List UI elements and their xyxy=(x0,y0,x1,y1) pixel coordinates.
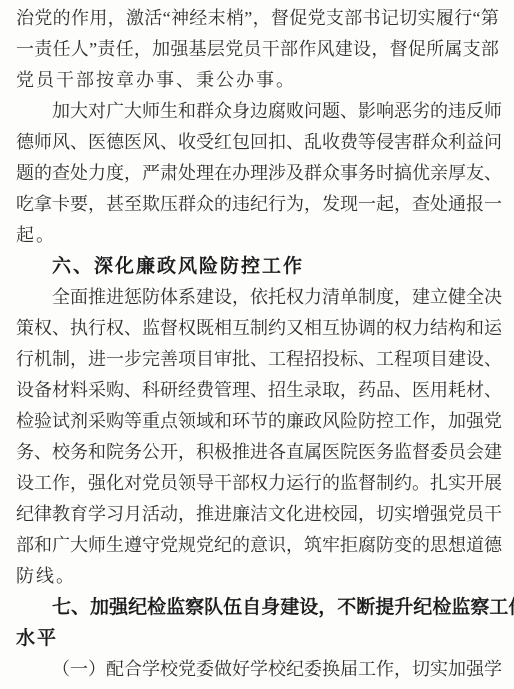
char: 监 xyxy=(166,592,185,623)
char: 报 xyxy=(466,189,484,220)
char: 标 xyxy=(340,344,358,375)
char: 洁 xyxy=(250,499,268,530)
char: 务 xyxy=(124,437,142,468)
char: 相 xyxy=(214,313,232,344)
char: 程 xyxy=(286,344,304,375)
char: 通 xyxy=(448,189,466,220)
char: 约 xyxy=(394,468,412,499)
char: 规 xyxy=(178,530,196,561)
char: 展 xyxy=(484,468,502,499)
char: 项 xyxy=(412,344,430,375)
char: 败 xyxy=(286,96,304,127)
char: 利 xyxy=(448,127,466,158)
char: 务 xyxy=(358,158,376,189)
char: 医 xyxy=(124,127,142,158)
body-line: 设工作，强化对党员领导干部权力运行的监督制约。扎实开展 xyxy=(16,468,499,499)
char: 压 xyxy=(160,189,178,220)
char: 作 xyxy=(71,3,89,34)
char: 力 xyxy=(268,468,286,499)
char: 做 xyxy=(214,654,232,685)
char: 众 xyxy=(430,127,448,158)
char: 身 xyxy=(261,592,280,623)
char: 导 xyxy=(196,468,214,499)
char: 至 xyxy=(124,189,142,220)
char: 试 xyxy=(52,406,70,437)
char: 加 xyxy=(448,654,466,685)
char: 结 xyxy=(430,313,448,344)
char: 检 xyxy=(147,592,166,623)
char: 起 xyxy=(376,189,394,220)
char: 党 xyxy=(308,3,326,34)
char: 验 xyxy=(34,406,52,437)
char: 搞 xyxy=(394,158,412,189)
body-line: 防线。 xyxy=(16,561,499,592)
char: 材 xyxy=(466,375,484,406)
char: 包 xyxy=(232,127,250,158)
char: 防 xyxy=(142,282,160,313)
char: 扎 xyxy=(430,468,448,499)
char: 纪 xyxy=(16,499,34,530)
char: 党 xyxy=(196,530,214,561)
char: 劣 xyxy=(412,96,430,127)
char: 害 xyxy=(394,127,412,158)
char: 剂 xyxy=(70,406,88,437)
char: 理 xyxy=(250,158,268,189)
char: 依 xyxy=(250,282,268,313)
char: 督 xyxy=(412,437,430,468)
char: 月 xyxy=(124,499,142,530)
char: 收 xyxy=(178,127,196,158)
char: 化 xyxy=(286,499,304,530)
char: 律 xyxy=(34,499,52,530)
char: 优 xyxy=(412,158,430,189)
char: 督 xyxy=(358,468,376,499)
char: 肃 xyxy=(160,158,178,189)
char: 恶 xyxy=(394,96,412,127)
char: 廉 xyxy=(286,406,304,437)
char: 经 xyxy=(178,375,196,406)
char: 纪 xyxy=(214,530,232,561)
char: 对 xyxy=(124,468,142,499)
char: 德 xyxy=(16,127,34,158)
char: 违 xyxy=(232,189,250,220)
char: 监 xyxy=(142,313,160,344)
char: 腐 xyxy=(268,96,286,127)
char: 设 xyxy=(353,34,371,65)
char: 用 xyxy=(430,375,448,406)
char: 响 xyxy=(376,96,394,127)
char: 工 xyxy=(268,344,286,375)
char: 牢 xyxy=(322,530,340,561)
char: 严 xyxy=(142,158,160,189)
char: ， xyxy=(232,282,250,313)
char: 干 xyxy=(214,468,232,499)
char: 直 xyxy=(286,437,304,468)
char: 察 xyxy=(185,592,204,623)
char: 好 xyxy=(232,654,250,685)
char: 、 xyxy=(484,158,502,189)
char: ， xyxy=(430,406,448,437)
char: 识 xyxy=(268,530,286,561)
char: 红 xyxy=(214,127,232,158)
char: 师 xyxy=(34,127,52,158)
char: 一 xyxy=(16,34,34,65)
char: 、 xyxy=(124,375,142,406)
char: 事 xyxy=(340,158,358,189)
char: 监 xyxy=(451,592,470,623)
char: 医 xyxy=(322,437,340,468)
char: 和 xyxy=(214,406,232,437)
char: 在 xyxy=(214,158,232,189)
char: 纪 xyxy=(250,189,268,220)
char: 程 xyxy=(394,344,412,375)
char: 会 xyxy=(466,437,484,468)
char: 对 xyxy=(88,96,106,127)
char: 育 xyxy=(70,499,88,530)
char: 、 xyxy=(250,375,268,406)
char: 腐 xyxy=(358,530,376,561)
char: 部 xyxy=(280,34,298,65)
char: ， xyxy=(178,499,196,530)
char: 院 xyxy=(106,437,124,468)
char: 、 xyxy=(340,96,358,127)
char: 党 xyxy=(178,654,196,685)
char: 园 xyxy=(340,499,358,530)
char: 力 xyxy=(412,313,430,344)
char: 行 xyxy=(268,189,286,220)
char: 开 xyxy=(466,468,484,499)
char: 拿 xyxy=(34,189,52,220)
char: 自 xyxy=(242,592,261,623)
char: 强 xyxy=(466,654,484,685)
char: 守 xyxy=(142,530,160,561)
char: 强 xyxy=(430,499,448,530)
char: 设 xyxy=(466,344,484,375)
char: 理 xyxy=(196,158,214,189)
char: 的 xyxy=(412,530,430,561)
char: 德 xyxy=(484,530,502,561)
char: 推 xyxy=(232,437,250,468)
char: 、 xyxy=(34,437,52,468)
char: 边 xyxy=(250,96,268,127)
char: 促 xyxy=(408,34,426,65)
char: 督 xyxy=(390,34,408,65)
char: 目 xyxy=(196,344,214,375)
body-line: 起。 xyxy=(16,220,499,251)
char: 检 xyxy=(432,592,451,623)
char: 权 xyxy=(286,282,304,313)
char: 欺 xyxy=(142,189,160,220)
char: 风 xyxy=(142,127,160,158)
char: 党 xyxy=(34,3,52,34)
char: 师 xyxy=(142,96,160,127)
char: 末 xyxy=(208,3,226,34)
char: 群 xyxy=(412,127,430,158)
char: 一 xyxy=(70,654,88,685)
char: 层 xyxy=(207,34,225,65)
char: 面 xyxy=(70,282,88,313)
body-line: 加大对广大师生和群众身边腐败问题、影响恶劣的违反师 xyxy=(16,96,499,127)
body-line: 全面推进惩防体系建设，依托权力清单制度，建立健全决 xyxy=(16,282,499,313)
char: 单 xyxy=(340,282,358,313)
char: 又 xyxy=(286,313,304,344)
char: 制 xyxy=(358,282,376,313)
char: 作 xyxy=(298,34,316,65)
char: 广 xyxy=(52,530,70,561)
char: 风 xyxy=(322,406,340,437)
char: 加 xyxy=(448,406,466,437)
char: 加 xyxy=(52,96,70,127)
char: 运 xyxy=(286,468,304,499)
char: 既 xyxy=(196,313,214,344)
char: 一 xyxy=(484,189,502,220)
char: 检 xyxy=(16,406,34,437)
char: 制 xyxy=(52,344,70,375)
char: 等 xyxy=(358,127,376,158)
char: 员 xyxy=(448,437,466,468)
char: 开 xyxy=(160,437,178,468)
char: 责 xyxy=(97,34,115,65)
char: 审 xyxy=(214,344,232,375)
body-line: 治党的作用，激活“神经末梢”，督促党支部书记切实履行“第 xyxy=(16,3,499,34)
char: 反 xyxy=(466,96,484,127)
char: 监 xyxy=(340,468,358,499)
char: 强 xyxy=(170,34,188,65)
char: 大 xyxy=(70,530,88,561)
char: 工 xyxy=(34,468,52,499)
char: 梢 xyxy=(226,3,244,34)
char: 部 xyxy=(232,468,250,499)
char: 、 xyxy=(484,375,502,406)
char: 加 xyxy=(90,592,109,623)
char: 党 xyxy=(160,530,178,561)
char: 变 xyxy=(394,530,412,561)
char: 投 xyxy=(322,344,340,375)
char: 亲 xyxy=(430,158,448,189)
char: 推 xyxy=(88,282,106,313)
char: 现 xyxy=(340,189,358,220)
char: 纪 xyxy=(128,592,147,623)
char: 实 xyxy=(448,468,466,499)
char: ， xyxy=(318,592,337,623)
char: 教 xyxy=(52,499,70,530)
char: 题 xyxy=(322,96,340,127)
char: 、 xyxy=(71,592,90,623)
char: 众 xyxy=(196,189,214,220)
char: 作 xyxy=(52,468,70,499)
char: 建 xyxy=(280,592,299,623)
char: 研 xyxy=(160,375,178,406)
char: 取 xyxy=(322,375,340,406)
char: 进 xyxy=(88,344,106,375)
char: 步 xyxy=(124,344,142,375)
char: 意 xyxy=(250,530,268,561)
char: ， xyxy=(286,530,304,561)
char: ， xyxy=(178,437,196,468)
char: 侵 xyxy=(376,127,394,158)
char: 构 xyxy=(448,313,466,344)
char: 机 xyxy=(34,344,52,375)
char: 一 xyxy=(106,344,124,375)
char: 记 xyxy=(381,3,399,34)
char: 化 xyxy=(106,468,124,499)
char: 权 xyxy=(106,313,124,344)
char: 升 xyxy=(394,592,413,623)
char: 备 xyxy=(34,375,52,406)
char: ， xyxy=(394,282,412,313)
char: 不 xyxy=(337,592,356,623)
char: 防 xyxy=(358,406,376,437)
char: 权 xyxy=(394,313,412,344)
char: 批 xyxy=(232,344,250,375)
char: 队 xyxy=(204,592,223,623)
char: 决 xyxy=(484,282,502,313)
char: 涉 xyxy=(268,158,286,189)
char: 甚 xyxy=(106,189,124,220)
char: 善 xyxy=(160,344,178,375)
char: 筑 xyxy=(304,530,322,561)
body-line: 设备材料采购、科研经费管理、招生录取，药品、医用耗材、 xyxy=(16,375,499,406)
char: 行 xyxy=(16,344,34,375)
char: 校 xyxy=(268,654,286,685)
char: 设 xyxy=(214,282,232,313)
char: 、 xyxy=(70,127,88,158)
char: 的 xyxy=(322,468,340,499)
char: 查 xyxy=(412,189,430,220)
char: 身 xyxy=(232,96,250,127)
char: 党 xyxy=(484,406,502,437)
char: “ xyxy=(163,3,171,34)
body-line: 行机制，进一步完善项目审批、工程招投标、工程项目建设、 xyxy=(16,344,499,375)
char: 进 xyxy=(304,499,322,530)
char: 员 xyxy=(243,34,261,65)
char: ， xyxy=(108,3,126,34)
char: 查 xyxy=(52,158,70,189)
char: ） xyxy=(88,654,106,685)
char: 实 xyxy=(418,3,436,34)
char: 一 xyxy=(358,189,376,220)
char: 立 xyxy=(430,282,448,313)
char: 品 xyxy=(376,375,394,406)
char: ， xyxy=(88,189,106,220)
char: 时 xyxy=(376,158,394,189)
char: 医 xyxy=(88,127,106,158)
char: 群 xyxy=(304,158,322,189)
char: 工 xyxy=(489,592,508,623)
char: 问 xyxy=(304,96,322,127)
char: 工 xyxy=(376,344,394,375)
char: 责 xyxy=(34,34,52,65)
char: 经 xyxy=(189,3,207,34)
char: 进 xyxy=(106,282,124,313)
char: 支 xyxy=(463,34,481,65)
char: 作 xyxy=(412,406,430,437)
char: 建 xyxy=(412,282,430,313)
char: 履 xyxy=(436,3,454,34)
char: 领 xyxy=(178,468,196,499)
char: 、 xyxy=(394,375,412,406)
char: 购 xyxy=(106,375,124,406)
char: 工 xyxy=(358,654,376,685)
heading-line: 七、加强纪检监察队伍自身建设，不断提升纪检监察工作 xyxy=(16,592,499,623)
char: 纪 xyxy=(286,654,304,685)
char: 费 xyxy=(196,375,214,406)
char: 风 xyxy=(52,127,70,158)
char: 干 xyxy=(262,34,280,65)
char: 处 xyxy=(178,158,196,189)
char: 建 xyxy=(448,344,466,375)
char: 书 xyxy=(363,3,381,34)
char: 问 xyxy=(484,127,502,158)
char: 院 xyxy=(340,437,358,468)
char: 大 xyxy=(124,96,142,127)
char: 域 xyxy=(196,406,214,437)
char: 、 xyxy=(52,313,70,344)
char: 切 xyxy=(376,499,394,530)
char: 督 xyxy=(160,313,178,344)
char: 治 xyxy=(16,3,34,34)
char: 处 xyxy=(70,158,88,189)
char: 的 xyxy=(34,158,52,189)
char: 的 xyxy=(214,189,232,220)
char: 、 xyxy=(124,313,142,344)
char: 推 xyxy=(196,499,214,530)
body-line: 检验试剂采购等重点领域和环节的廉政风险防控工作，加强党 xyxy=(16,406,499,437)
char: 部 xyxy=(16,530,34,561)
char: ， xyxy=(394,654,412,685)
char: 建 xyxy=(484,437,502,468)
char: 强 xyxy=(466,406,484,437)
char: 生 xyxy=(160,96,178,127)
char: 的 xyxy=(268,406,286,437)
char: 为 xyxy=(286,189,304,220)
char: 实 xyxy=(394,499,412,530)
char: 度 xyxy=(106,158,124,189)
char: 项 xyxy=(178,344,196,375)
char: 和 xyxy=(466,313,484,344)
char: “ xyxy=(473,3,481,34)
char: 设 xyxy=(299,592,318,623)
char: 采 xyxy=(88,406,106,437)
char: 基 xyxy=(189,34,207,65)
char: 群 xyxy=(178,189,196,220)
char: 遵 xyxy=(124,530,142,561)
char: 风 xyxy=(317,34,335,65)
char: 点 xyxy=(160,406,178,437)
char: ” xyxy=(89,34,97,65)
char: 办 xyxy=(232,158,250,189)
char: 大 xyxy=(70,96,88,127)
char: 的 xyxy=(430,96,448,127)
char: 收 xyxy=(322,127,340,158)
char: 活 xyxy=(144,3,162,34)
char: 想 xyxy=(448,530,466,561)
char: 调 xyxy=(358,313,376,344)
char: ， xyxy=(304,189,322,220)
document-page: 治党的作用，激活“神经末梢”，督促党支部书记切实履行“第一责任人”责任，加强基层… xyxy=(0,0,514,689)
char: 受 xyxy=(196,127,214,158)
char: ， xyxy=(70,344,88,375)
char: 招 xyxy=(268,375,286,406)
char: 强 xyxy=(88,468,106,499)
char: 建 xyxy=(335,34,353,65)
char: 体 xyxy=(160,282,178,313)
char: 第 xyxy=(481,3,499,34)
char: 健 xyxy=(448,282,466,313)
char: 切 xyxy=(399,3,417,34)
char: 益 xyxy=(466,127,484,158)
char: 领 xyxy=(178,406,196,437)
